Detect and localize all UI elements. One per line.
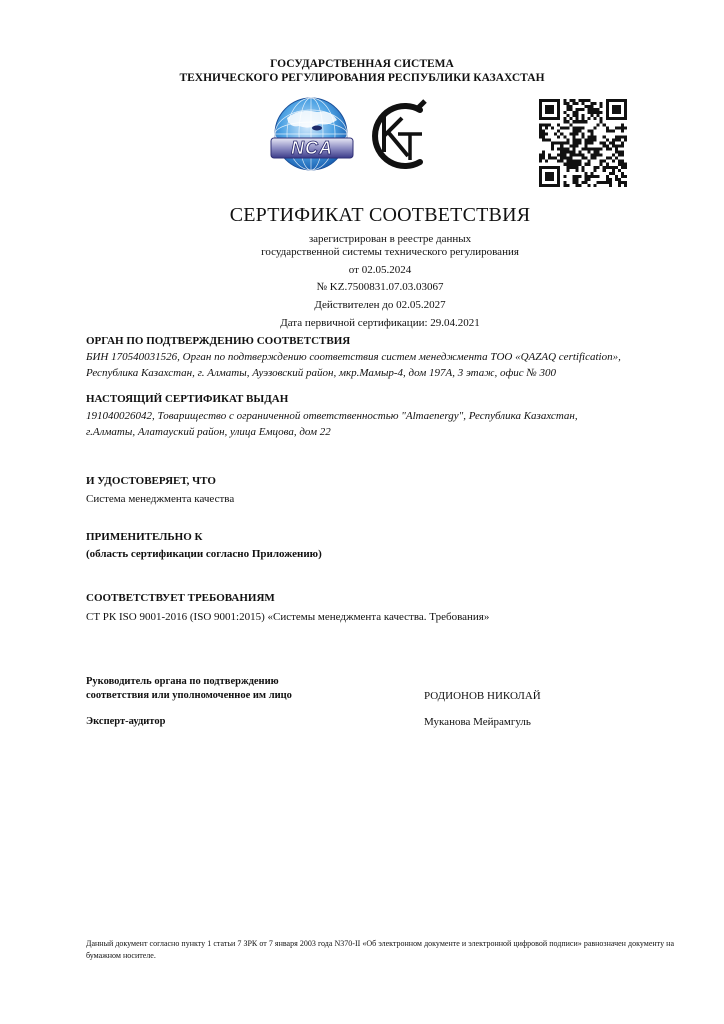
head-signatory-name: РОДИОНОВ НИКОЛАЙ xyxy=(424,689,541,703)
applicable-heading: ПРИМЕНИТЕЛЬНО К xyxy=(86,530,203,544)
header-line-2: ТЕХНИЧЕСКОГО РЕГУЛИРОВАНИЯ РЕСПУБЛИКИ КА… xyxy=(0,71,724,85)
issued-to-heading: НАСТОЯЩИЙ СЕРТИФИКАТ ВЫДАН xyxy=(86,392,288,406)
head-signatory-label-line-2: соответствия или уполномоченное им лицо xyxy=(86,689,292,703)
complies-heading: СООТВЕТСТВУЕТ ТРЕБОВАНИЯМ xyxy=(86,591,275,605)
head-signatory-label-line-1: Руководитель органа по подтверждению xyxy=(86,675,279,689)
certificate-number: № KZ.7500831.07.03.03067 xyxy=(0,279,724,295)
legal-footnote: Данный документ согласно пункту 1 статьи… xyxy=(86,938,674,962)
complies-text: СТ РК ISO 9001-2016 (ISO 9001:2015) «Сис… xyxy=(86,610,489,624)
header-line-1: ГОСУДАРСТВЕННАЯ СИСТЕМА xyxy=(0,57,724,71)
auditor-label: Эксперт-аудитор xyxy=(86,715,165,729)
certification-body-line-1: БИН 170540031526, Орган по подтверждению… xyxy=(86,349,686,365)
certifies-text: Система менеджмента качества xyxy=(86,492,234,506)
certificate-date: от 02.05.2024 xyxy=(0,262,724,278)
issued-to-line-1: 191040026042, Товарищество с ограниченно… xyxy=(86,408,686,424)
auditor-name: Муканова Мейрамгуль xyxy=(424,715,531,729)
certification-body-heading: ОРГАН ПО ПОДТВЕРЖДЕНИЮ СООТВЕТСТВИЯ xyxy=(86,334,350,348)
first-certification-date: Дата первичной сертификации: 29.04.2021 xyxy=(0,315,724,331)
issued-to-line-2: г.Алматы, Алатауский район, улица Емцова… xyxy=(86,424,686,440)
valid-until: Действителен до 02.05.2027 xyxy=(0,297,724,313)
certifies-heading: И УДОСТОВЕРЯЕТ, ЧТО xyxy=(86,474,216,488)
issuing-system-header: ГОСУДАРСТВЕННАЯ СИСТЕМА ТЕХНИЧЕСКОГО РЕГ… xyxy=(0,57,724,85)
registered-line-2: государственной системы технического рег… xyxy=(0,246,724,259)
qr-code-icon[interactable] xyxy=(539,99,627,187)
applicable-text: (область сертификации согласно Приложени… xyxy=(86,547,322,561)
svg-text:NCA: NCA xyxy=(291,138,333,158)
kt-conformity-mark-icon xyxy=(358,96,436,176)
ncs-globe-logo-icon: NCA xyxy=(265,96,355,176)
certification-body-line-2: Республика Казахстан, г. Алматы, Ауэзовс… xyxy=(86,365,686,381)
certificate-title: СЕРТИФИКАТ СООТВЕТСТВИЯ xyxy=(0,203,724,227)
registered-line-1: зарегистрирован в реестре данных xyxy=(0,233,724,246)
